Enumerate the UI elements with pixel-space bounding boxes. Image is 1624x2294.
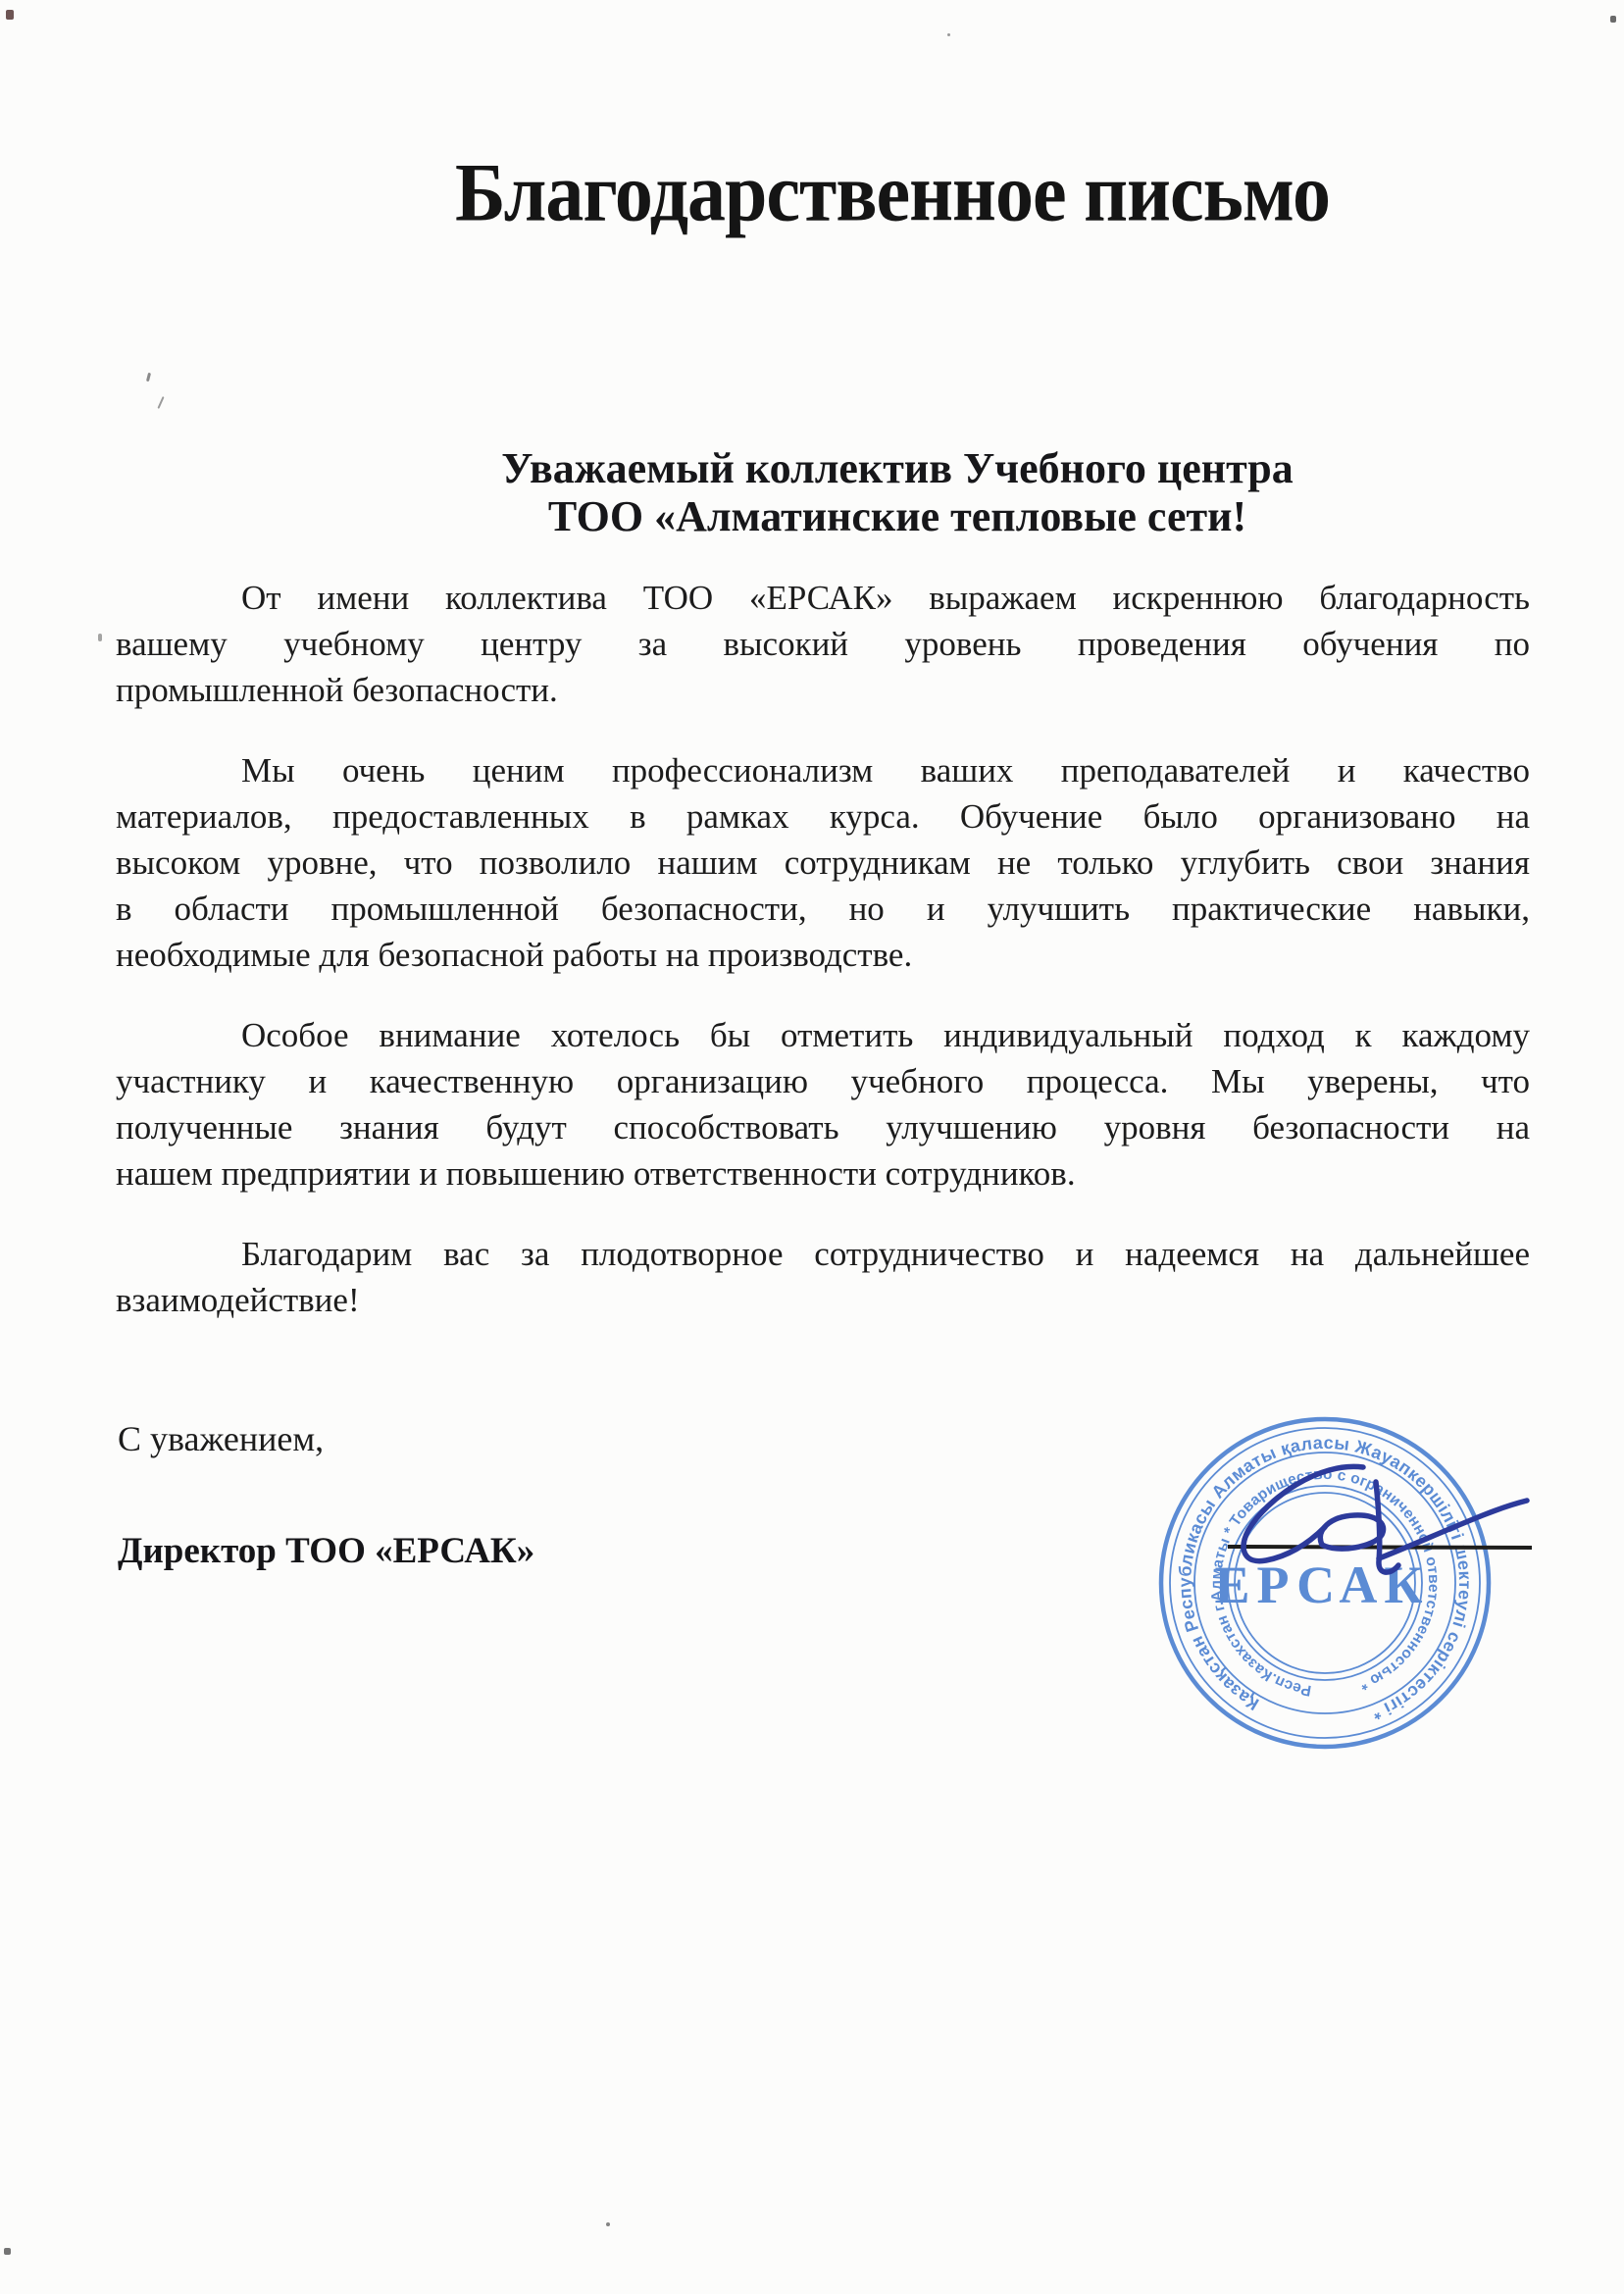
scan-speck xyxy=(4,2248,11,2255)
closing-phrase: С уважением, xyxy=(118,1418,324,1459)
letter-body: От имени коллектива ТОО «ЕРСАК» выражаем… xyxy=(116,575,1530,1357)
scan-speck xyxy=(6,10,14,20)
paragraph-3: Особое внимание хотелось бы отметить инд… xyxy=(116,1012,1530,1197)
paragraph-1: От имени коллектива ТОО «ЕРСАК» выражаем… xyxy=(116,575,1530,713)
company-stamp: Қазақстан Республикасы Алматы қаласы Жау… xyxy=(1128,1373,1589,1795)
salutation: Уважаемый коллектив Учебного центра ТОО … xyxy=(0,444,1530,540)
scan-speck xyxy=(1610,16,1616,23)
paragraph-2: Мы очень ценим профессионализм ваших пре… xyxy=(116,747,1530,978)
stamp-seal: Қазақстан Республикасы Алматы қаласы Жау… xyxy=(1161,1419,1489,1747)
page-title: Благодарственное письмо xyxy=(0,145,1530,240)
salutation-line-2: ТОО «Алматинские тепловые сети! xyxy=(265,492,1530,540)
salutation-line-1: Уважаемый коллектив Учебного центра xyxy=(265,444,1530,492)
stamp-svg: Қазақстан Республикасы Алматы қаласы Жау… xyxy=(1128,1373,1589,1795)
scan-speck xyxy=(606,2222,610,2226)
paragraph-4: Благодарим вас за плодотворное сотруднич… xyxy=(116,1231,1530,1323)
scan-speck xyxy=(157,396,164,409)
letter-page: Благодарственное письмо Уважаемый коллек… xyxy=(0,0,1624,2294)
scan-speck xyxy=(947,33,950,36)
scan-speck xyxy=(98,634,102,641)
scan-speck xyxy=(146,373,151,382)
signatory-title: Директор ТОО «ЕРСАК» xyxy=(118,1530,534,1572)
